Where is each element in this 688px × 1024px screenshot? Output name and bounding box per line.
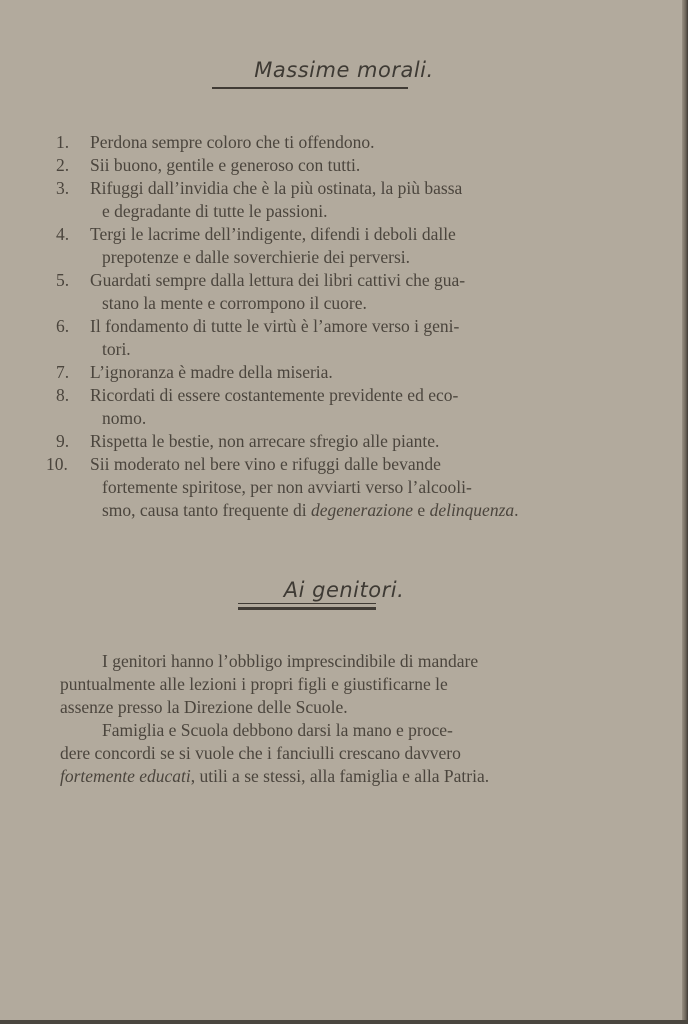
item-text-continued: stano la mente e corrompono il cuore.: [90, 292, 556, 315]
item-text: Ricordati di essere costantemente previd…: [90, 384, 556, 407]
item-number: 7.: [56, 361, 88, 384]
item-text-continued: smo, causa tanto frequente di degenerazi…: [90, 499, 556, 522]
text-run: smo, causa tanto frequente di: [102, 500, 311, 520]
item-text: Il fondamento di tutte le virtù è l’amor…: [90, 315, 556, 338]
item-text: Tergi le lacrime dell’indigente, difendi…: [90, 223, 556, 246]
maxims-list: 1. Perdona sempre coloro che ti offendon…: [56, 131, 556, 522]
italic-run: degenerazione: [311, 500, 413, 520]
list-item: 4. Tergi le lacrime dell’indigente, dife…: [56, 223, 556, 269]
item-text-continued: tori.: [90, 338, 556, 361]
paragraph: I genitori hanno l’obbligo imprescindibi…: [60, 650, 554, 719]
paragraph-line: assenze presso la Direzione delle Scuole…: [60, 697, 348, 717]
item-text: Sii buono, gentile e generoso con tutti.: [90, 154, 556, 177]
list-item: 1. Perdona sempre coloro che ti offendon…: [56, 131, 556, 154]
paragraph-line: puntualmente alle lezioni i propri figli…: [60, 674, 448, 694]
item-number: 9.: [56, 430, 88, 453]
paragraph: Famiglia e Scuola debbono darsi la mano …: [60, 719, 554, 788]
item-text: Perdona sempre coloro che ti offendono.: [90, 131, 556, 154]
item-text: Sii moderato nel bere vino e rifuggi dal…: [90, 453, 556, 476]
item-number: 1.: [56, 131, 88, 154]
item-number: 8.: [56, 384, 88, 407]
list-item: 7. L’ignoranza è madre della miseria.: [56, 361, 556, 384]
paragraph-line: Famiglia e Scuola debbono darsi la mano …: [102, 720, 453, 740]
list-item: 10. Sii moderato nel bere vino e rifuggi…: [56, 453, 556, 522]
item-text-continued: nomo.: [90, 407, 556, 430]
heading-ai-genitori: Ai genitori.: [0, 578, 688, 602]
item-number: 4.: [56, 223, 88, 246]
item-text-continued: prepotenze e dalle soverchierie dei perv…: [90, 246, 556, 269]
italic-run: delinquenza: [430, 500, 515, 520]
title-underline-thin: [238, 603, 376, 604]
list-item: 2. Sii buono, gentile e generoso con tut…: [56, 154, 556, 177]
item-text-continued: fortemente spiritose, per non avviarti v…: [90, 476, 556, 499]
text-run: e: [413, 500, 430, 520]
document-page: Massime morali. 1. Perdona sempre coloro…: [0, 0, 688, 1024]
list-item: 9. Rispetta le bestie, non arrecare sfre…: [56, 430, 556, 453]
page-edge: [0, 1020, 688, 1024]
item-text: L’ignoranza è madre della miseria.: [90, 361, 556, 384]
item-number: 2.: [56, 154, 88, 177]
section-title: Ai genitori.: [284, 578, 405, 602]
item-number: 3.: [56, 177, 88, 200]
item-text: Rifuggi dall’invidia che è la più ostina…: [90, 177, 556, 200]
list-item: 3. Rifuggi dall’invidia che è la più ost…: [56, 177, 556, 223]
item-text: Guardati sempre dalla lettura dei libri …: [90, 269, 556, 292]
item-number: 6.: [56, 315, 88, 338]
section-title: Massime morali.: [254, 58, 433, 82]
item-number: 5.: [56, 269, 88, 292]
list-item: 8. Ricordati di essere costantemente pre…: [56, 384, 556, 430]
text-run: .: [514, 500, 518, 520]
paragraph-line: I genitori hanno l’obbligo imprescindibi…: [102, 651, 478, 671]
text-run: , utili a se stessi, alla famiglia e all…: [191, 766, 489, 786]
item-number: 10.: [46, 453, 88, 476]
item-text-continued: e degradante di tutte le passioni.: [90, 200, 556, 223]
title-underline: [212, 87, 408, 89]
title-underline-thick: [238, 607, 376, 610]
heading-massime-morali: Massime morali.: [0, 58, 688, 82]
italic-run: fortemente educati: [60, 766, 191, 786]
list-item: 5. Guardati sempre dalla lettura dei lib…: [56, 269, 556, 315]
item-text: Rispetta le bestie, non arrecare sfregio…: [90, 430, 556, 453]
list-item: 6. Il fondamento di tutte le virtù è l’a…: [56, 315, 556, 361]
paragraph-line: dere concordi se si vuole che i fanciull…: [60, 743, 461, 763]
page-edge: [682, 0, 688, 1024]
